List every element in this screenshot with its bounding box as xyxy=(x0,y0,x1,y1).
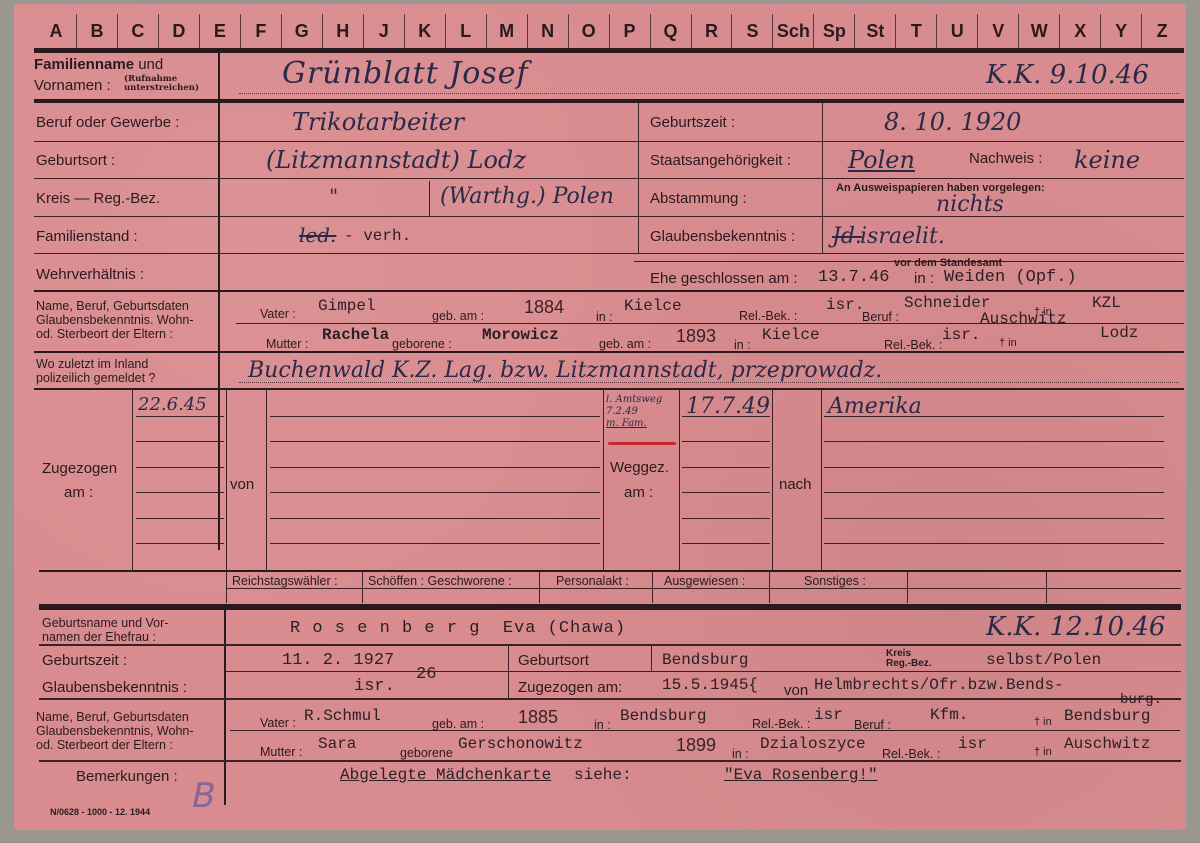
divider xyxy=(651,646,652,672)
tab-letter: A xyxy=(36,14,77,48)
label-mutter: Mutter : xyxy=(260,745,302,759)
label-rel-bek: Rel.-Bek. : xyxy=(884,338,942,352)
vater-beruf: Schneider xyxy=(904,294,990,312)
mutter-value: Rachela xyxy=(322,326,389,344)
label-rel-bek: Rel.-Bek. : xyxy=(882,747,940,761)
remarks-value-2: siehe: xyxy=(574,766,632,784)
label-kreis: Kreis — Reg.-Bez. xyxy=(36,190,160,207)
divider xyxy=(34,178,1184,179)
label-ehe-in: in : xyxy=(914,270,934,287)
divider xyxy=(270,467,600,468)
label-weggez: Weggez. xyxy=(610,459,669,476)
label-bemerkungen: Bemerkungen : xyxy=(76,768,178,785)
wife-mutter-geb: 1899 xyxy=(676,735,716,756)
divider xyxy=(682,543,770,544)
familienstand-struck: led. xyxy=(299,223,336,247)
wife-geburtsort-value: Bendsburg xyxy=(662,651,748,669)
label-schoeffen: Schöffen : Geschworene : xyxy=(368,574,512,588)
label-line: polizeilich gemeldet ? xyxy=(36,371,156,385)
weggez-value: 17.7.49 xyxy=(686,394,770,419)
remarks-value-3: "Eva Rosenberg!" xyxy=(724,766,878,784)
beruf-value: Trikotarbeiter xyxy=(292,108,464,136)
geburtszeit-value: 8. 10. 1920 xyxy=(884,108,1021,136)
wife-von-value-cont: burg. xyxy=(1120,692,1162,708)
note-line: l. Amtsweg xyxy=(606,394,662,406)
divider xyxy=(429,181,430,216)
label-line: Name, Beruf, Geburtsdaten xyxy=(36,710,194,724)
label-geborene: geborene xyxy=(400,746,453,760)
label-line: Wo zuletzt im Inland xyxy=(36,357,156,371)
label-vater: Vater : xyxy=(260,307,296,321)
divider xyxy=(226,572,227,603)
label-zugezogen: Zugezogen xyxy=(42,460,117,477)
remarks-value-1: Abgelegte Mädchenkarte xyxy=(340,766,551,784)
wife-kk-stamp: K.K. 12.10.46 xyxy=(986,612,1165,642)
divider xyxy=(1046,572,1047,603)
divider xyxy=(136,543,224,544)
label-dagger: † in xyxy=(1034,746,1052,758)
mutter-in: Kielce xyxy=(762,326,820,344)
divider xyxy=(226,588,1181,589)
wife-mutter-value: Sara xyxy=(318,735,356,753)
label-vater: Vater : xyxy=(260,716,296,730)
divider xyxy=(136,467,224,468)
label-familienname: Familienname xyxy=(34,56,134,73)
form-number: N/0628 - 1000 - 12. 1944 xyxy=(50,807,150,817)
wife-geburtszeit-value: 11. 2. 1927 xyxy=(282,651,394,670)
divider xyxy=(34,351,1184,353)
label-abstammung: Abstammung : xyxy=(650,190,747,207)
tab-letter: O xyxy=(569,14,610,48)
tab-letter: H xyxy=(323,14,364,48)
vater-in: Kielce xyxy=(624,297,682,315)
label-beruf: Beruf oder Gewerbe : xyxy=(36,114,179,131)
divider xyxy=(638,103,639,253)
vater-tod: KZL xyxy=(1092,294,1121,312)
tab-letter: St xyxy=(855,14,896,48)
label-wife-geburtszeit: Geburtszeit : xyxy=(42,652,127,669)
tab-letter: J xyxy=(364,14,405,48)
label-geburtsort: Geburtsort : xyxy=(36,152,115,169)
tab-letter: Y xyxy=(1101,14,1142,48)
note-line: 7.2.49 xyxy=(606,406,662,418)
label-nach: nach xyxy=(779,476,812,493)
label-familienstand: Familienstand : xyxy=(36,228,138,245)
divider xyxy=(682,492,770,493)
divider xyxy=(824,467,1164,468)
divider xyxy=(39,760,1181,762)
ehe-value: 13.7.46 xyxy=(818,268,889,287)
wife-mutter-geborene: Gerschonowitz xyxy=(458,735,583,753)
parents-label: Name, Beruf, Geburtsdaten Glaubensbekenn… xyxy=(36,299,194,341)
label-beruf: Beruf : xyxy=(862,310,899,324)
label-mutter: Mutter : xyxy=(266,337,308,351)
rufname-note: (Rufnahme unterstreichen) xyxy=(124,75,199,93)
label-wife-von: von xyxy=(784,682,808,699)
label-geb-am: geb. am : xyxy=(432,717,484,731)
label-wife-kreis: Kreis Reg.-Bez. xyxy=(886,649,932,669)
tab-letter: B xyxy=(77,14,118,48)
divider xyxy=(34,141,1184,142)
note-line: m. Fam. xyxy=(606,418,662,430)
divider xyxy=(769,572,770,603)
mutter-tod: Lodz xyxy=(1100,324,1138,342)
tab-letter: M xyxy=(487,14,528,48)
divider xyxy=(270,518,600,519)
label-in: in : xyxy=(732,747,749,761)
divider xyxy=(39,644,1181,646)
wife-mutter-tod: Auschwitz xyxy=(1064,735,1150,753)
tab-letter: F xyxy=(241,14,282,48)
label-wife-zugezogen: Zugezogen am: xyxy=(518,679,622,696)
wife-von-value: Helmbrechts/Ofr.bzw.Bends- xyxy=(814,676,1064,694)
tab-letter: Z xyxy=(1142,14,1182,48)
divider xyxy=(270,416,600,417)
wife-glauben-value: isr. xyxy=(354,677,395,696)
label-in: in : xyxy=(734,338,751,352)
label-line: Glaubensbekenntnis. Wohn- xyxy=(36,313,194,327)
mutter-geborene: Morowicz xyxy=(482,326,559,344)
last-registered-value: Buchenwald K.Z. Lag. bzw. Litzmannstadt,… xyxy=(248,358,882,383)
wife-geburtszeit-correction: 26 xyxy=(416,665,436,684)
label-dagger: † in xyxy=(999,337,1017,349)
label-zugezogen-am: am : xyxy=(64,484,93,501)
label-line: Glaubensbekenntnis, Wohn- xyxy=(36,724,194,738)
divider xyxy=(132,390,133,570)
familienstand-value: - verh. xyxy=(344,227,411,245)
label-line: od. Sterbeort der Eltern : xyxy=(36,738,194,752)
label-geb-am: geb. am : xyxy=(599,337,651,351)
divider xyxy=(266,390,267,570)
label-rel-bek: Rel.-Bek. : xyxy=(752,717,810,731)
wife-kreis-value: selbst/Polen xyxy=(986,651,1101,669)
divider xyxy=(239,93,1179,94)
divider xyxy=(34,216,1184,217)
bezirk-value: (Warthg.) Polen xyxy=(440,184,614,209)
divider xyxy=(230,730,1180,731)
kk-stamp: K.K. 9.10.46 xyxy=(986,60,1149,90)
divider xyxy=(136,416,224,417)
wife-vater-beruf: Kfm. xyxy=(930,706,968,724)
label-geb-am: geb. am : xyxy=(432,309,484,323)
stamp-letter: B xyxy=(188,776,220,816)
tab-letter: Sp xyxy=(814,14,855,48)
label-personalakt: Personalakt : xyxy=(556,574,629,588)
divider xyxy=(34,253,1184,254)
divider xyxy=(682,467,770,468)
label-wife-geburtsort: Geburtsort xyxy=(518,652,589,669)
divider xyxy=(824,492,1164,493)
divider xyxy=(907,572,908,603)
vater-rel: isr. xyxy=(826,296,864,314)
tab-letter: Sch xyxy=(773,14,814,48)
divider xyxy=(224,610,226,805)
tab-letter: N xyxy=(528,14,569,48)
label-wehr: Wehrverhältnis : xyxy=(36,266,144,283)
tab-letter: Q xyxy=(651,14,692,48)
wife-vater-value: R.Schmul xyxy=(304,707,381,725)
mutter-rel: isr. xyxy=(942,326,980,344)
ausweis-value: nichts xyxy=(936,192,1004,217)
divider xyxy=(34,290,1184,292)
divider xyxy=(34,99,1184,103)
tab-letter: D xyxy=(159,14,200,48)
note-line: unterstreichen) xyxy=(124,84,199,93)
tab-letter: K xyxy=(405,14,446,48)
tab-letter: L xyxy=(446,14,487,48)
label-sonstiges: Sonstiges : xyxy=(804,574,866,588)
divider xyxy=(362,572,363,603)
tab-letter: G xyxy=(282,14,323,48)
label-line: Reg.-Bez. xyxy=(886,659,932,669)
vater-tod-detail: Auschwitz xyxy=(980,310,1066,328)
mutter-geb: 1893 xyxy=(676,326,716,347)
wife-name-label: Geburtsname und Vor- namen der Ehefrau : xyxy=(42,616,168,644)
label-ehe: Ehe geschlossen am : xyxy=(650,270,798,287)
tab-letter: P xyxy=(610,14,651,48)
wife-zugezogen-value: 15.5.1945{ xyxy=(662,676,758,694)
wife-vater-in: Bendsburg xyxy=(620,707,706,725)
wife-vater-tod: Bendsburg xyxy=(1064,707,1150,725)
tab-letter: R xyxy=(692,14,733,48)
label-beruf: Beruf : xyxy=(854,718,891,732)
label-und: und xyxy=(138,56,163,73)
divider xyxy=(824,441,1164,442)
wife-vater-rel: isr xyxy=(814,706,843,724)
label-rel-bek: Rel.-Bek. : xyxy=(739,309,797,323)
tab-letter: V xyxy=(978,14,1019,48)
divider xyxy=(218,52,220,550)
divider xyxy=(824,543,1164,544)
wife-vater-geb: 1885 xyxy=(518,707,558,728)
label-nachweis: Nachweis : xyxy=(969,150,1042,167)
divider xyxy=(226,671,1181,672)
nachweis-value: keine xyxy=(1074,146,1140,174)
label-geburtszeit: Geburtszeit : xyxy=(650,114,735,131)
geburtsort-value: (Litzmannstadt) Lodz xyxy=(266,146,526,174)
divider xyxy=(136,441,224,442)
divider xyxy=(34,388,1184,390)
red-underline xyxy=(608,442,676,445)
label-glaubensbekenntnis: Glaubensbekenntnis : xyxy=(650,228,795,245)
name-label: Familienname und xyxy=(34,56,163,73)
tab-letter: S xyxy=(732,14,773,48)
tab-letter: T xyxy=(896,14,937,48)
vater-geb: 1884 xyxy=(524,297,564,318)
alphabet-index: A B C D E F G H J K L M N O P Q R S Sch … xyxy=(36,14,1182,48)
divider xyxy=(270,441,600,442)
tab-letter: U xyxy=(937,14,978,48)
divider xyxy=(39,604,1181,610)
tab-letter: X xyxy=(1060,14,1101,48)
last-registered-label: Wo zuletzt im Inland polizeilich gemelde… xyxy=(36,357,156,385)
label-line: Geburtsname und Vor- xyxy=(42,616,168,630)
label-in: in : xyxy=(596,310,613,324)
divider xyxy=(603,390,604,570)
divider xyxy=(39,570,1181,572)
vater-value: Gimpel xyxy=(318,297,376,315)
divider xyxy=(508,646,509,698)
divider xyxy=(679,390,680,570)
tab-letter: E xyxy=(200,14,241,48)
label-geborene: geborene : xyxy=(392,337,452,351)
divider xyxy=(682,441,770,442)
label-in: in : xyxy=(594,718,611,732)
divider xyxy=(822,103,823,253)
divider xyxy=(136,518,224,519)
ehe-in-value: Weiden (Opf.) xyxy=(944,268,1077,287)
divider xyxy=(34,48,1184,53)
tab-letter: C xyxy=(118,14,159,48)
divider xyxy=(136,492,224,493)
label-ausgewiesen: Ausgewiesen : xyxy=(664,574,745,588)
name-value: Grünblatt Josef xyxy=(282,56,529,91)
divider xyxy=(39,698,1181,700)
registration-card: A B C D E F G H J K L M N O P Q R S Sch … xyxy=(14,4,1186,830)
kreis-value: " xyxy=(329,184,338,208)
label-dagger: † in xyxy=(1034,716,1052,728)
label-line: od. Sterbeort der Eltern : xyxy=(36,327,194,341)
divider xyxy=(821,390,822,570)
divider xyxy=(539,572,540,603)
divider xyxy=(772,390,773,570)
wife-mutter-in: Dzialoszyce xyxy=(760,735,866,753)
tab-letter: W xyxy=(1019,14,1060,48)
label-wife-glauben: Glaubensbekenntnis : xyxy=(42,679,187,696)
wife-parents-label: Name, Beruf, Geburtsdaten Glaubensbekenn… xyxy=(36,710,194,752)
label-staatsangehoerigkeit: Staatsangehörigkeit : xyxy=(650,152,791,169)
nach-value: Amerika xyxy=(828,394,922,419)
zugezogen-value: 22.6.45 xyxy=(138,394,207,415)
glauben-struck: Jd. xyxy=(832,224,862,249)
label-von: von xyxy=(230,476,254,493)
weggez-note: l. Amtsweg 7.2.49 m. Fam. xyxy=(606,394,662,430)
glauben-value: israelit. xyxy=(860,224,945,249)
divider xyxy=(824,518,1164,519)
divider xyxy=(270,543,600,544)
divider xyxy=(270,492,600,493)
label-line: namen der Ehefrau : xyxy=(42,630,168,644)
divider xyxy=(652,572,653,603)
divider xyxy=(682,518,770,519)
staats-value: Polen xyxy=(848,146,915,174)
label-line: Name, Beruf, Geburtsdaten xyxy=(36,299,194,313)
label-reichstag: Reichstagswähler : xyxy=(232,574,338,588)
wife-name-value: R o s e n b e r g Eva (Chawa) xyxy=(290,619,626,638)
divider xyxy=(226,390,227,570)
label-vornamen: Vornamen : xyxy=(34,77,111,94)
label-weggez-am: am : xyxy=(624,484,653,501)
wife-mutter-rel: isr xyxy=(958,735,987,753)
